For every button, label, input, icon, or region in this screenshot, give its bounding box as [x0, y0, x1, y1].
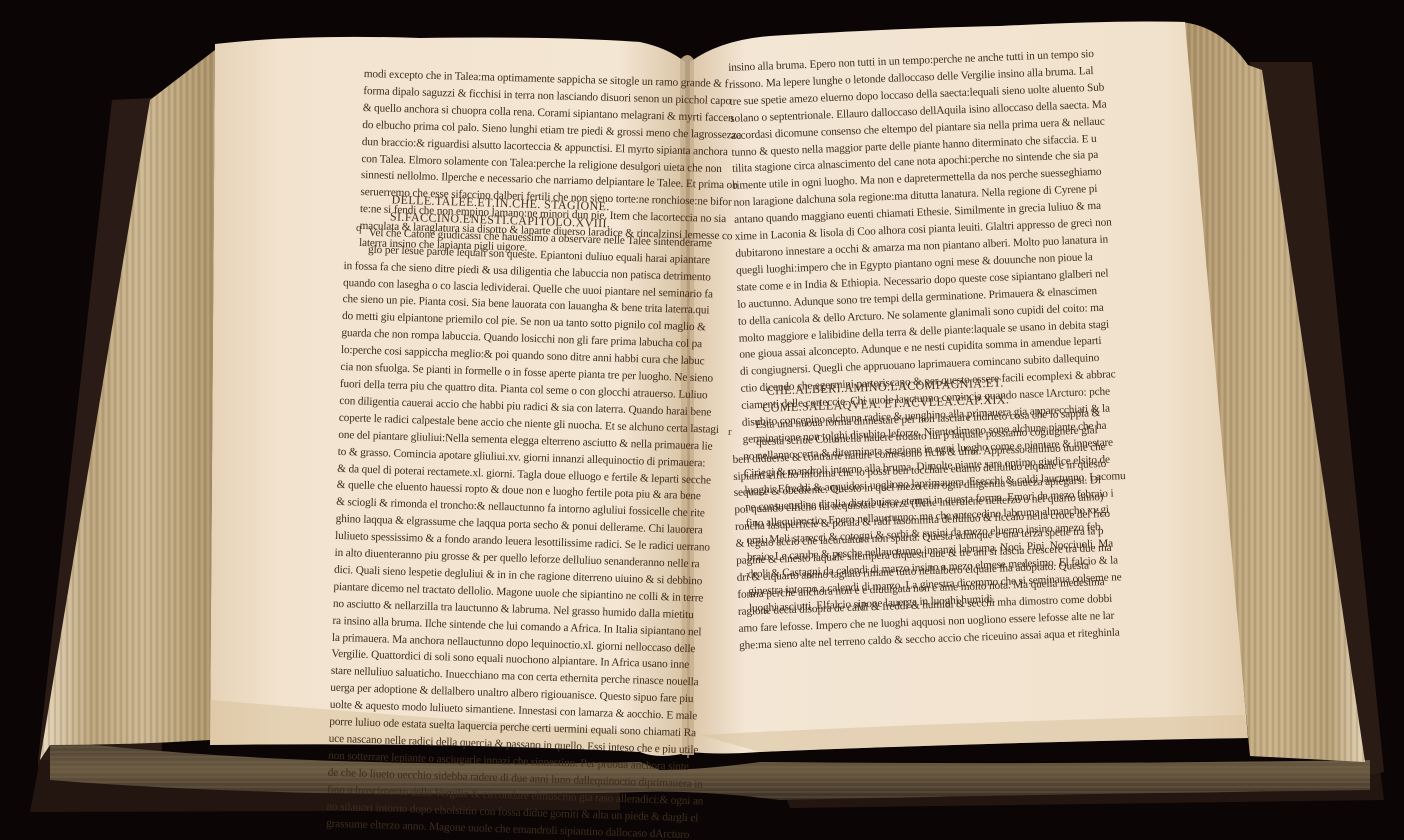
left-page-chapter: DELLE.TALEE.ET.IN.CHE. STAGIONE. SI.FACC…	[326, 190, 656, 840]
right-page-chapter: CHE.ALBERI.AMINO.LACOMPAGNIA.ET. COME.SA…	[730, 373, 1049, 654]
photo-scene: modi excepto che in Talea:ma optimamente…	[0, 0, 1404, 840]
margin-guide-letter: r	[728, 426, 732, 438]
margin-guide-letter: q	[356, 222, 362, 234]
